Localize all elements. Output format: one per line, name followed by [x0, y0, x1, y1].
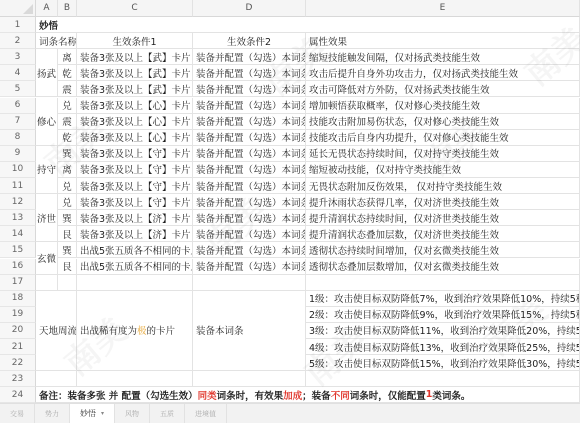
- row-header[interactable]: 11: [0, 178, 36, 194]
- empty-cell[interactable]: [36, 275, 58, 291]
- select-all-corner[interactable]: [0, 0, 36, 17]
- row-header[interactable]: 22: [0, 355, 36, 371]
- condition-2-cell[interactable]: 装备并配置（勾选）本词条: [193, 226, 306, 242]
- effect-cell[interactable]: 延长无畏状态持续时间，仅对持守类技能生效: [306, 146, 580, 162]
- condition-2-cell[interactable]: 装备并配置（勾选）本词条: [193, 146, 306, 162]
- empty-cell[interactable]: [306, 371, 580, 387]
- column-header-d[interactable]: D: [193, 0, 306, 17]
- level-effect-cell[interactable]: 1级：攻击使目标双防降低7%，收到治疗效果降低10%，持续5秒: [306, 291, 580, 307]
- row-header[interactable]: 13: [0, 210, 36, 226]
- trigram-cell[interactable]: 兑: [58, 194, 77, 210]
- effect-cell[interactable]: 透彻状态持续时间增加，仅对玄微类技能生效: [306, 242, 580, 258]
- condition-text: 出战稀有度为: [80, 323, 137, 337]
- header-condition-2[interactable]: 生效条件2: [193, 33, 306, 49]
- chevron-down-icon[interactable]: ▾: [101, 410, 104, 417]
- empty-cell[interactable]: [58, 275, 77, 291]
- row-header[interactable]: 17: [0, 275, 36, 291]
- row-header[interactable]: 3: [0, 49, 36, 65]
- note-highlight: 同类: [198, 388, 217, 402]
- sheet-tab-label: 妙悟: [80, 408, 96, 419]
- row-header[interactable]: 21: [0, 339, 36, 355]
- condition-1-cell[interactable]: 装备3张及以上【守】卡片: [77, 194, 193, 210]
- row-header[interactable]: 12: [0, 194, 36, 210]
- row-header[interactable]: 4: [0, 65, 36, 81]
- effect-cell[interactable]: 提升清润状态叠加层数，仅对济世类技能生效: [306, 226, 580, 242]
- row-header[interactable]: 7: [0, 114, 36, 130]
- condition-text: 的卡片: [147, 323, 176, 337]
- row-header[interactable]: 1: [0, 17, 36, 33]
- effect-cell[interactable]: 技能攻击附加易伤状态，仅对修心类技能生效: [306, 114, 580, 130]
- row-header[interactable]: 20: [0, 323, 36, 339]
- row-header[interactable]: 8: [0, 130, 36, 146]
- condition-2-cell[interactable]: 装备并配置（勾选）本词条: [193, 130, 306, 146]
- trigram-cell[interactable]: 艮: [58, 259, 77, 275]
- condition-2-cell[interactable]: 装备并配置（勾选）本词条: [193, 242, 306, 258]
- trigram-cell[interactable]: 震: [58, 81, 77, 97]
- trigram-cell[interactable]: 巽: [58, 242, 77, 258]
- row-header[interactable]: 9: [0, 146, 36, 162]
- condition-2-cell[interactable]: 装备并配置（勾选）本词条: [193, 210, 306, 226]
- sheet-tab-3[interactable]: 风物: [115, 404, 150, 423]
- row-header[interactable]: 23: [0, 371, 36, 387]
- row-header[interactable]: 10: [0, 162, 36, 178]
- condition-1-cell[interactable]: 装备3张及以上【心】卡片: [77, 130, 193, 146]
- sheet-tab-label: 交易: [10, 409, 24, 419]
- trigram-cell[interactable]: 离: [58, 49, 77, 65]
- level-effect-cell[interactable]: 2级：攻击使目标双防降低9%，收到治疗效果降低15%，持续5秒: [306, 307, 580, 323]
- sheet-tab-2[interactable]: 妙悟▾: [70, 404, 115, 423]
- empty-cell[interactable]: [36, 371, 77, 387]
- header-entry-name[interactable]: 词条名称: [36, 33, 77, 49]
- condition-2-cell[interactable]: 装备并配置（勾选）本词条: [193, 114, 306, 130]
- empty-cell[interactable]: [77, 371, 193, 387]
- tiandi-condition-1-cell[interactable]: 出战稀有度为极的卡片: [77, 291, 193, 372]
- column-header-a[interactable]: A: [36, 0, 58, 17]
- row-header[interactable]: 16: [0, 259, 36, 275]
- effect-cell[interactable]: 无畏状态附加反伤效果， 仅对持守类技能生效: [306, 178, 580, 194]
- effect-cell[interactable]: 攻击可降低对方外防，仅对扬武类技能生效: [306, 81, 580, 97]
- empty-cell[interactable]: [193, 371, 306, 387]
- tiandi-name-cell[interactable]: 天地周流: [36, 291, 77, 372]
- condition-1-cell[interactable]: 装备3张及以上【武】卡片: [77, 49, 193, 65]
- effect-cell[interactable]: 技能攻击后自身内功提升，仅对修心类技能生效: [306, 130, 580, 146]
- row-header[interactable]: 24: [0, 387, 36, 403]
- condition-1-cell[interactable]: 装备3张及以上【济】卡片: [77, 226, 193, 242]
- condition-1-cell[interactable]: 装备3张及以上【武】卡片: [77, 81, 193, 97]
- condition-1-cell[interactable]: 出战5张五质各不相同的卡片: [77, 259, 193, 275]
- sheet-tab-0[interactable]: 交易: [0, 404, 35, 423]
- column-header-c[interactable]: C: [77, 0, 193, 17]
- group-name-cell[interactable]: 修心: [36, 98, 58, 146]
- condition-1-cell[interactable]: 装备3张及以上【守】卡片: [77, 178, 193, 194]
- effect-cell[interactable]: 提升清润状态持续时间，仅对济世类技能生效: [306, 210, 580, 226]
- group-name-cell[interactable]: 济世: [36, 194, 58, 242]
- trigram-cell[interactable]: 巽: [58, 146, 77, 162]
- empty-cell[interactable]: [306, 275, 580, 291]
- sheet-tab-4[interactable]: 五质: [150, 404, 185, 423]
- row-header[interactable]: 15: [0, 242, 36, 258]
- condition-2-cell[interactable]: 装备并配置（勾选）本词条: [193, 162, 306, 178]
- tiandi-condition-2-cell[interactable]: 装备本词条: [193, 291, 306, 372]
- condition-1-cell[interactable]: 装备3张及以上【守】卡片: [77, 146, 193, 162]
- sheet-title-cell[interactable]: 妙悟: [36, 17, 580, 33]
- sheet-tab-label: 势力: [45, 409, 59, 419]
- header-attribute-effect[interactable]: 属性效果: [306, 33, 580, 49]
- condition-2-cell[interactable]: 装备并配置（勾选）本词条: [193, 49, 306, 65]
- effect-cell[interactable]: 增加顿悟获取概率，仅对修心类技能生效: [306, 98, 580, 114]
- group-name-cell[interactable]: 扬武: [36, 49, 58, 97]
- condition-1-cell[interactable]: 装备3张及以上【守】卡片: [77, 162, 193, 178]
- trigram-cell[interactable]: 乾: [58, 130, 77, 146]
- empty-cell[interactable]: [77, 275, 193, 291]
- sheet-tab-5[interactable]: 进境值: [185, 404, 227, 423]
- effect-cell[interactable]: 缩短被动技能，仅对持守类技能生效: [306, 162, 580, 178]
- row-header[interactable]: 18: [0, 291, 36, 307]
- rarity-highlight: 极: [137, 323, 147, 337]
- condition-1-cell[interactable]: 装备3张及以上【心】卡片: [77, 114, 193, 130]
- condition-2-cell[interactable]: 装备并配置（勾选）本词条: [193, 98, 306, 114]
- effect-cell[interactable]: 攻击后提升自身外功攻击力，仅对扬武类技能生效: [306, 65, 580, 81]
- condition-2-cell[interactable]: 装备并配置（勾选）本词条: [193, 194, 306, 210]
- condition-1-cell[interactable]: 装备3张及以上【心】卡片: [77, 98, 193, 114]
- condition-2-cell[interactable]: 装备并配置（勾选）本词条: [193, 259, 306, 275]
- header-condition-1[interactable]: 生效条件1: [77, 33, 193, 49]
- row-header[interactable]: 2: [0, 33, 36, 49]
- sheet-tab-1[interactable]: 势力: [35, 404, 70, 423]
- condition-1-cell[interactable]: 装备3张及以上【武】卡片: [77, 65, 193, 81]
- level-effect-cell[interactable]: 3级：攻击使目标双防降低11%，收到治疗效果降低20%，持续5秒: [306, 323, 580, 339]
- row-header[interactable]: 19: [0, 307, 36, 323]
- sheet-tab-label: 风物: [125, 409, 139, 419]
- trigram-cell[interactable]: 兑: [58, 98, 77, 114]
- sheet-tab-bar: 交易势力妙悟▾风物五质进境值: [0, 403, 580, 423]
- note-text: 词条时，仅能配置: [350, 388, 426, 402]
- empty-cell[interactable]: [193, 275, 306, 291]
- condition-2-cell[interactable]: 装备并配置（勾选）本词条: [193, 65, 306, 81]
- note-highlight: 1: [426, 389, 433, 400]
- row-header[interactable]: 14: [0, 226, 36, 242]
- condition-2-cell[interactable]: 装备并配置（勾选）本词条: [193, 178, 306, 194]
- note-cell[interactable]: 备注：装备多张 并 配置（勾选生效）同类词条时，有效果加成；装备不同词条时，仅能…: [36, 387, 580, 403]
- condition-1-cell[interactable]: 装备3张及以上【济】卡片: [77, 210, 193, 226]
- trigram-cell[interactable]: 兑: [58, 178, 77, 194]
- spreadsheet-grid[interactable]: ABCDE12345678910111213141516171819202122…: [0, 0, 580, 403]
- row-header[interactable]: 5: [0, 81, 36, 97]
- column-header-e[interactable]: E: [306, 0, 580, 17]
- effect-cell[interactable]: 缩短技能触发间隔，仅对扬武类技能生效: [306, 49, 580, 65]
- level-effect-cell[interactable]: 5级：攻击使目标双防降低15%，收到治疗效果降低30%，持续5秒: [306, 355, 580, 371]
- condition-1-cell[interactable]: 出战5张五质各不相同的卡片: [77, 242, 193, 258]
- note-highlight: 不同: [331, 388, 350, 402]
- row-header[interactable]: 6: [0, 98, 36, 114]
- group-name-cell[interactable]: 玄微: [36, 242, 58, 274]
- trigram-cell[interactable]: 巽: [58, 210, 77, 226]
- trigram-cell[interactable]: 震: [58, 114, 77, 130]
- trigram-cell[interactable]: 艮: [58, 226, 77, 242]
- note-text: ；装备: [302, 388, 331, 402]
- trigram-cell[interactable]: 乾: [58, 65, 77, 81]
- note-text: 类词条。: [432, 388, 470, 402]
- note-text: 备注：装备多张 并 配置（勾选生效）: [39, 388, 198, 402]
- group-name-cell[interactable]: 持守: [36, 146, 58, 194]
- note-text: 词条时，有效果: [217, 388, 284, 402]
- note-highlight: 加成: [283, 388, 302, 402]
- level-effect-cell[interactable]: 4级：攻击使目标双防降低13%，收到治疗效果降低25%，持续5秒: [306, 339, 580, 355]
- trigram-cell[interactable]: 离: [58, 162, 77, 178]
- column-header-b[interactable]: B: [58, 0, 77, 17]
- sheet-tab-label: 进境值: [195, 409, 216, 419]
- effect-cell[interactable]: 透彻状态叠加层数增加，仅对玄微类技能生效: [306, 259, 580, 275]
- effect-cell[interactable]: 提升沐雨状态获得几率，仅对济世类技能生效: [306, 194, 580, 210]
- condition-2-cell[interactable]: 装备并配置（勾选）本词条: [193, 81, 306, 97]
- sheet-tab-label: 五质: [160, 409, 174, 419]
